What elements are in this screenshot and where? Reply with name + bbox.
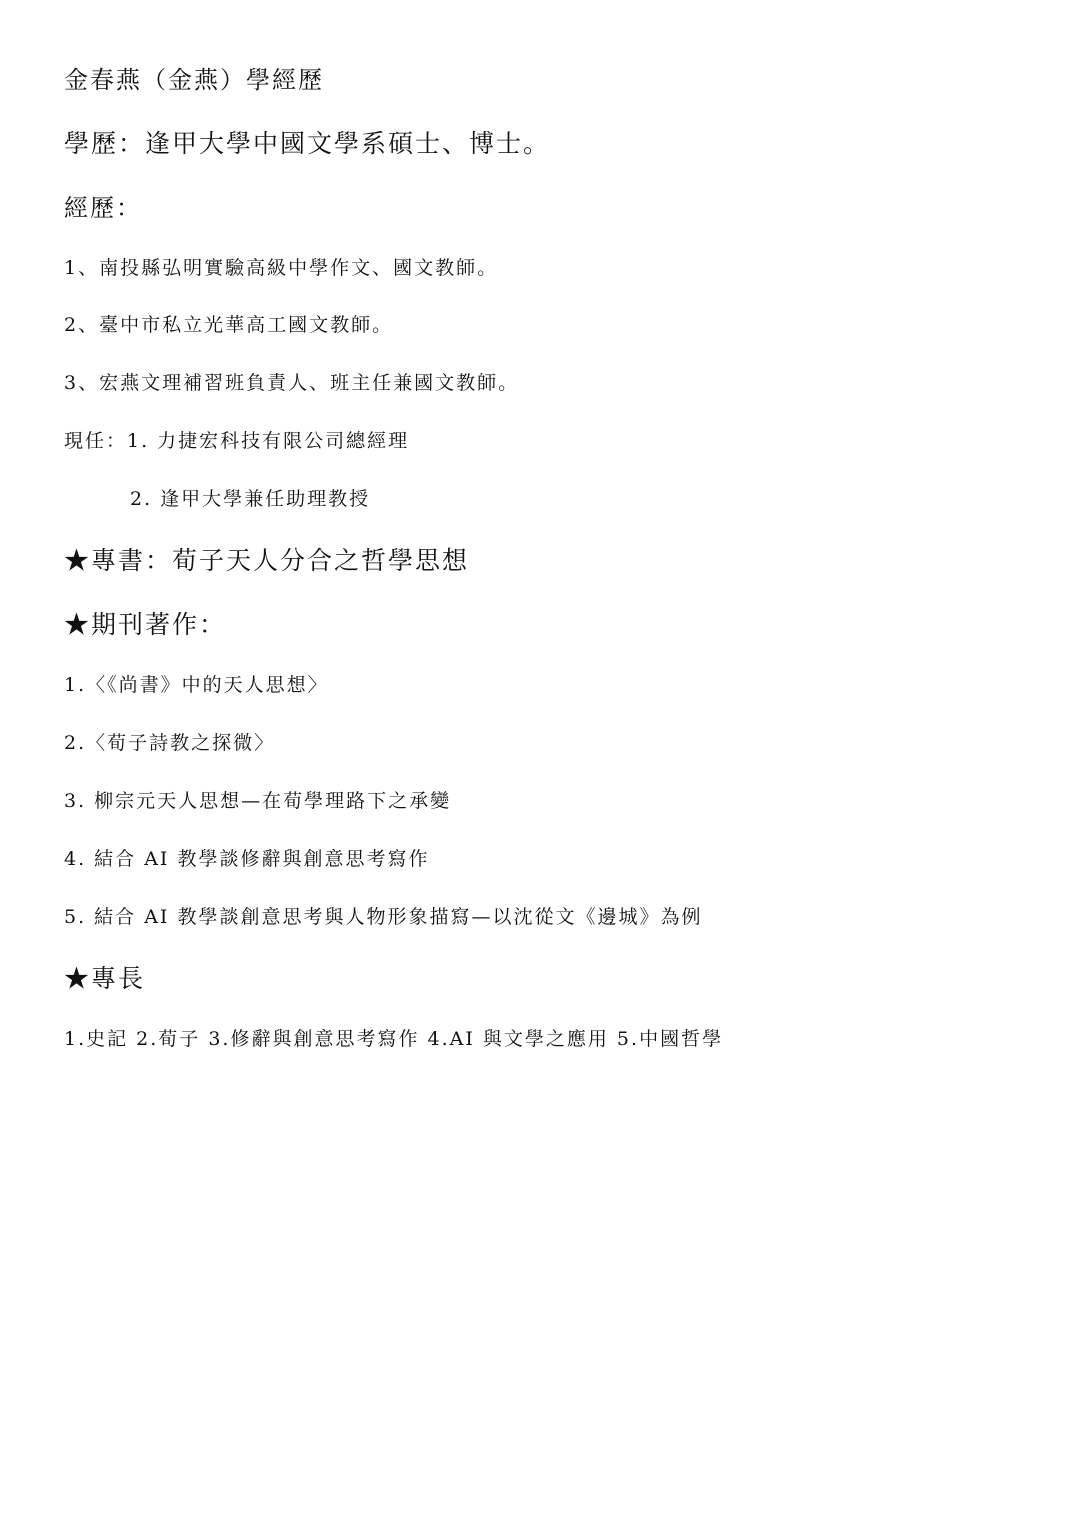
journal-item: 1.〈《尚書》中的天人思想〉	[64, 676, 329, 695]
specialty-heading: ★專長	[64, 966, 145, 991]
education-text: 逢甲大學中國文學系碩士、博士。	[145, 129, 550, 158]
current-label: 現任：	[64, 430, 127, 452]
specialty-label: 專長	[91, 964, 145, 993]
monograph-label: 專書：	[91, 546, 172, 575]
star-icon: ★	[64, 610, 91, 639]
star-icon: ★	[64, 964, 91, 993]
current-position-line: 現任：1. 力捷宏科技有限公司總經理	[64, 432, 409, 451]
education-line: 學歷：逢甲大學中國文學系碩士、博士。	[64, 131, 550, 156]
current-item: 2. 逢甲大學兼任助理教授	[130, 490, 370, 509]
experience-item: 1、南投縣弘明實驗高級中學作文、國文教師。	[64, 259, 498, 278]
journal-heading: ★期刊著作：	[64, 612, 226, 637]
star-icon: ★	[64, 546, 91, 575]
monograph-title: 荀子天人分合之哲學思想	[172, 546, 469, 575]
journal-item: 3. 柳宗元天人思想—在荀學理路下之承變	[64, 792, 451, 811]
journal-item: 4. 結合 AI 教學談修辭與創意思考寫作	[64, 850, 429, 869]
specialty-text: 1.史記 2.荀子 3.修辭與創意思考寫作 4.AI 與文學之應用 5.中國哲學	[64, 1030, 723, 1049]
current-item: 1. 力捷宏科技有限公司總經理	[127, 430, 409, 452]
education-label: 學歷：	[64, 129, 145, 158]
monograph-line: ★專書：荀子天人分合之哲學思想	[64, 548, 469, 573]
document-title: 金春燕（金燕）學經歷	[64, 68, 324, 92]
experience-heading: 經歷：	[64, 196, 142, 220]
journal-item: 2.〈荀子詩教之探微〉	[64, 734, 275, 753]
journal-label: 期刊著作：	[91, 610, 226, 639]
experience-item: 3、宏燕文理補習班負責人、班主任兼國文教師。	[64, 374, 519, 393]
journal-item: 5. 結合 AI 教學談創意思考與人物形象描寫—以沈從文《邊城》為例	[64, 908, 702, 927]
experience-item: 2、臺中市私立光華高工國文教師。	[64, 316, 393, 335]
